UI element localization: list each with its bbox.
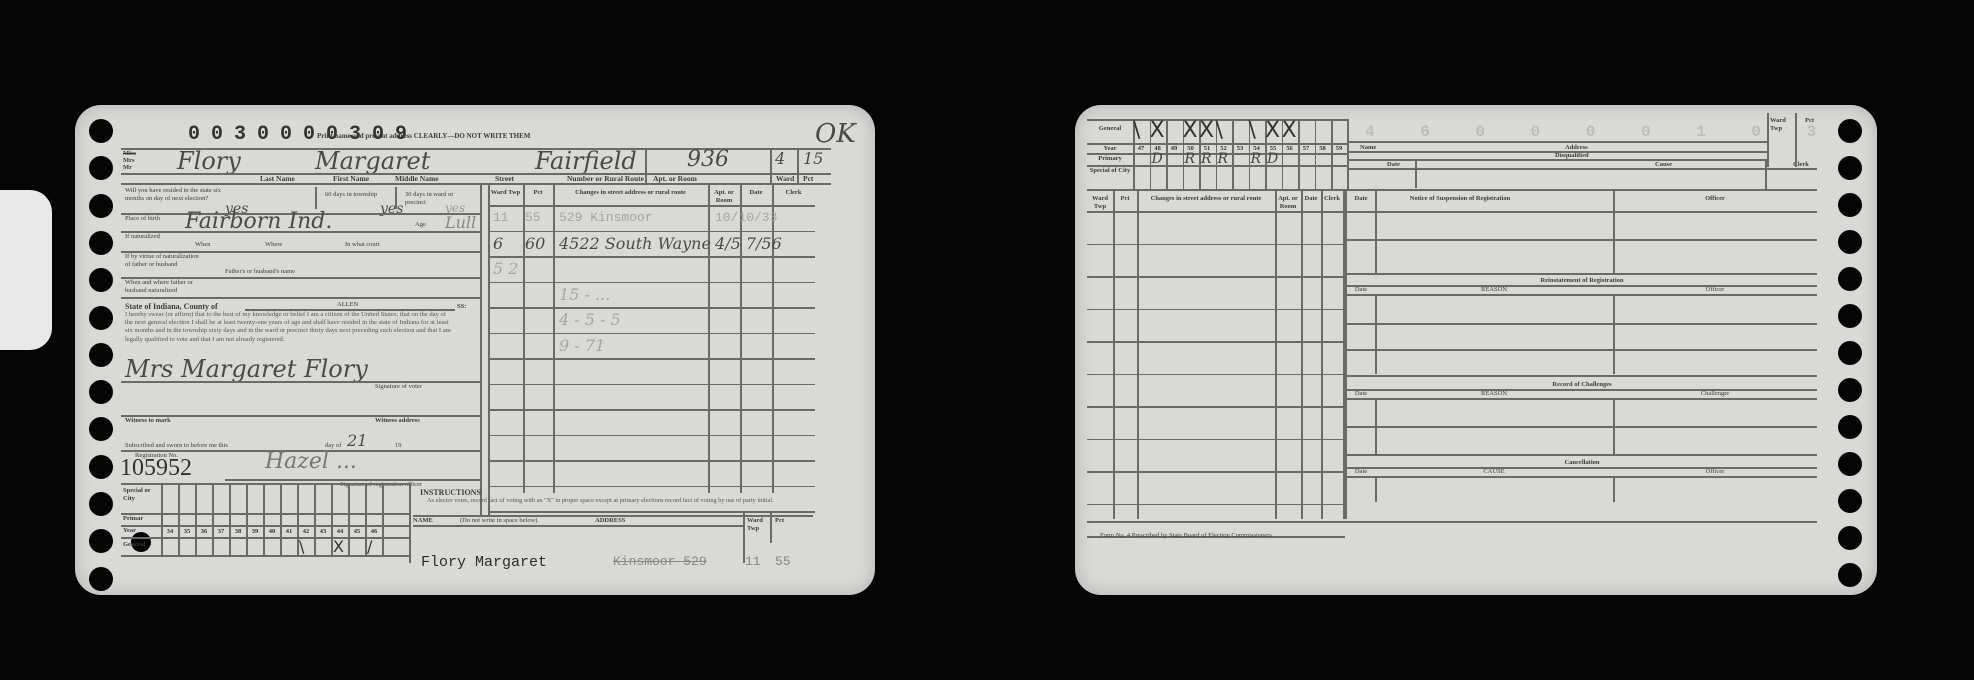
rule-line — [488, 384, 815, 386]
grid-year: 44 — [332, 528, 348, 535]
rule-line — [488, 409, 815, 411]
grid-year: 37 — [213, 528, 229, 535]
grid-year: 53 — [1232, 145, 1248, 152]
punch-hole — [89, 380, 113, 404]
grid-year: 35 — [179, 528, 195, 535]
rule-line — [708, 183, 710, 493]
township-label: 60 days in township — [325, 191, 385, 199]
vote-mark: \ — [1249, 121, 1256, 141]
rule-line — [553, 183, 555, 493]
last-name-value: Flory — [177, 147, 241, 175]
rule-line — [1767, 113, 1769, 167]
grid-row-label: Primary — [1089, 155, 1131, 163]
rule-line — [1613, 476, 1615, 502]
rule-line — [1347, 323, 1817, 325]
changes-header-5: Clerk — [1321, 195, 1343, 203]
vote-mark: X — [1265, 121, 1280, 141]
witness-label: Witness to mark — [125, 417, 171, 425]
rule-line — [488, 333, 815, 335]
serial-digit: 3 — [234, 123, 246, 146]
township-value: yes — [380, 201, 403, 217]
year-label: 19 — [395, 442, 402, 450]
rule-line — [1137, 189, 1139, 519]
grid-year: 58 — [1315, 145, 1331, 152]
change-address-value: 15 - ... — [559, 285, 610, 304]
rule-line — [1795, 113, 1797, 167]
change-address-value: 9 - 71 — [559, 336, 605, 355]
rule-line — [178, 483, 180, 555]
grid-year: 43 — [315, 528, 331, 535]
rule-line — [1347, 375, 1817, 377]
registration-no-value: 105952 — [120, 455, 192, 482]
punch-hole — [89, 306, 113, 330]
suspension-header-0: Date — [1347, 195, 1375, 203]
primary-mark: R — [1201, 151, 1212, 167]
rule-line — [488, 205, 815, 207]
punch-hole — [1838, 489, 1862, 513]
rule-line — [121, 173, 831, 175]
rule-line — [195, 483, 197, 555]
grid-year: 41 — [281, 528, 297, 535]
vote-mark: X — [1282, 121, 1297, 141]
grid-year: 49 — [1166, 145, 1182, 152]
primary-mark: D — [1267, 151, 1278, 167]
rule-line — [121, 297, 481, 299]
rule-line — [280, 483, 282, 555]
rule-line — [1087, 244, 1345, 246]
rule-line — [1087, 211, 1345, 213]
instr-address-label: ADDRESS — [595, 517, 625, 525]
rule-line — [1347, 151, 1767, 153]
changes-header-2: Changes in street address or rural route — [1137, 195, 1275, 203]
changes-header-5: Clerk — [772, 189, 815, 197]
primary-mark: R — [1185, 151, 1196, 167]
punch-hole — [1838, 267, 1862, 291]
punch-hole — [89, 417, 113, 441]
rule-line — [1087, 309, 1345, 311]
grid-row-label: General — [123, 541, 161, 549]
rule-line — [480, 185, 482, 515]
rule-line — [1087, 406, 1345, 408]
address-ward-value: 4 — [775, 149, 785, 168]
rule-line — [1347, 159, 1767, 161]
grid-year: 56 — [1282, 145, 1298, 152]
rule-line — [1347, 239, 1817, 241]
challenges-header-0: Date — [1347, 390, 1375, 398]
rule-line — [1347, 294, 1817, 296]
grid-year: 47 — [1133, 145, 1149, 152]
age-value: Lull — [445, 213, 476, 232]
rule-line — [1087, 374, 1345, 376]
reinstatement-header-0: Date — [1347, 286, 1375, 294]
rule-line — [1415, 160, 1417, 188]
primary-mark: R — [1251, 151, 1262, 167]
changes-header-2: Changes in street address or rural route — [553, 189, 708, 197]
reinstatement-header-1: REASON — [1375, 286, 1613, 294]
rule-line — [488, 307, 815, 309]
ok-mark: OK — [815, 119, 856, 149]
voter-signature: Mrs Margaret Flory — [125, 355, 368, 383]
challenges-header-2: Challenger — [1613, 390, 1817, 398]
rule-line — [1347, 119, 1349, 189]
rule-line — [395, 187, 397, 209]
rule-line — [1347, 141, 1767, 143]
rule-line — [1232, 119, 1234, 189]
rule-line — [1347, 273, 1817, 275]
form-footer: Form No. 4 Prescribed by State Board of … — [1100, 532, 1272, 540]
rule-line — [1375, 189, 1377, 275]
rule-line — [1087, 504, 1345, 506]
vote-mark: \ — [299, 537, 304, 557]
punch-hole — [1838, 378, 1862, 402]
rule-line — [1347, 454, 1817, 456]
primary-mark: D — [1152, 151, 1163, 167]
rule-line — [121, 555, 409, 557]
street-number-value: 936 — [687, 147, 729, 172]
rule-line — [121, 415, 481, 417]
challenges-title: Record of Challenges — [1347, 381, 1817, 389]
instr-pct-label: Pct — [775, 517, 784, 525]
rule-line — [1087, 471, 1345, 473]
rule-line — [488, 511, 815, 513]
punch-hole — [1838, 563, 1862, 587]
instr-ward-label: Ward Twp — [747, 517, 769, 532]
change-date-value: 10/10/33 — [715, 210, 777, 225]
punch-hole — [1838, 230, 1862, 254]
rule-line — [488, 486, 815, 488]
age-label: Age — [415, 221, 426, 229]
rule-line — [1347, 211, 1817, 213]
change-pct-value: 60 — [525, 234, 545, 253]
rule-line — [1087, 439, 1345, 441]
rule-line — [1347, 426, 1817, 428]
rule-line — [263, 483, 265, 555]
changes-header-3: Apt. or Room — [708, 189, 740, 204]
county-value: ALLEN — [337, 301, 358, 309]
rule-line — [797, 149, 799, 183]
challenges-header-1: REASON — [1375, 390, 1613, 398]
rule-line — [1347, 349, 1817, 351]
punch-hole — [89, 268, 113, 292]
grid-year: 59 — [1331, 145, 1347, 152]
vote-mark: \ — [1133, 121, 1140, 141]
rule-line — [212, 483, 214, 555]
naturalized-where-label: Where — [265, 241, 282, 249]
typed-address: Kinsmoor 529 — [613, 554, 707, 569]
rule-line — [1087, 276, 1345, 278]
rule-line — [1166, 119, 1168, 189]
grid-row-label: General — [1089, 125, 1131, 133]
rule-line — [488, 282, 815, 284]
instr-name-label: NAME — [413, 517, 433, 525]
rule-line — [409, 483, 411, 563]
rule-line — [229, 483, 231, 555]
rule-line — [488, 358, 815, 360]
officer-signature: Hazel ... — [265, 449, 357, 474]
vote-mark: X — [1183, 121, 1198, 141]
grid-year: 36 — [196, 528, 212, 535]
rule-line — [488, 185, 490, 515]
grid-row-label: Special of City — [1089, 167, 1131, 175]
vote-mark: X — [1150, 121, 1165, 141]
by-virtue-label: If by virtue of naturalization of father… — [125, 253, 200, 268]
ss-label: SS: — [457, 303, 466, 311]
rule-line — [1331, 119, 1333, 189]
punch-hole — [1838, 452, 1862, 476]
rule-line — [1113, 189, 1115, 519]
naturalized-label: If naturalized — [125, 233, 165, 241]
rule-line — [121, 183, 831, 185]
serial-digit: 0 — [303, 123, 315, 146]
faint-serial: 4 6 0 0 0 0 1 0 3 — [1365, 123, 1834, 141]
rule-line — [523, 183, 525, 493]
rule-line — [488, 256, 815, 258]
print-instruction: Print name and present address CLEARLY—D… — [317, 132, 530, 141]
punch-hole — [89, 156, 113, 180]
typed-pct: 55 — [775, 554, 791, 569]
rule-line — [770, 149, 772, 183]
instr-note-label: (Do not write in space below) — [460, 517, 537, 525]
grid-year: 46 — [366, 528, 382, 535]
rule-line — [1347, 476, 1817, 478]
cancellation-title: Cancellation — [1347, 459, 1817, 467]
change-ward-value: 11 — [493, 210, 509, 225]
change-address-value: 529 Kinsmoor — [559, 210, 653, 225]
punch-hole — [1838, 119, 1862, 143]
punch-hole — [1838, 341, 1862, 365]
reinstatement-title: Reinstatement of Registration — [1347, 277, 1817, 285]
cancellation-header-0: Date — [1347, 468, 1375, 476]
registration-card-back: GeneralYearPrimarySpecial of City47\48XD… — [1075, 105, 1877, 595]
punch-hole — [89, 492, 113, 516]
serial-digit: 0 — [188, 123, 200, 146]
street-value: Fairfield — [535, 147, 637, 175]
serial-digit: 0 — [211, 123, 223, 146]
rule-line — [740, 183, 742, 493]
witness-address-label: Witness address — [375, 417, 420, 425]
punch-hole — [89, 194, 113, 218]
rule-line — [382, 483, 384, 555]
punch-hole — [1838, 304, 1862, 328]
typed-name: Flory Margaret — [421, 554, 547, 571]
instructions-text: As elector votes, record fact of voting … — [427, 497, 807, 505]
suspension-header-1: Notice of Suspension of Registration — [1375, 195, 1545, 203]
rule-line — [1321, 189, 1323, 519]
father-husband-name-label: Father's or husband's name — [225, 268, 295, 276]
rule-line — [315, 187, 317, 209]
rule-line — [488, 435, 815, 437]
cancellation-header-2: Officer — [1613, 468, 1817, 476]
punch-hole — [89, 567, 113, 591]
changes-header-1: Pct — [523, 189, 553, 197]
punch-hole — [89, 119, 113, 143]
day-value: 21 — [347, 431, 367, 450]
punch-hole — [89, 231, 113, 255]
grid-year: 42 — [298, 528, 314, 535]
voter-signature-label: Signature of voter — [375, 383, 422, 391]
grid-year: 40 — [264, 528, 280, 535]
changes-header-0: Ward Twp — [1087, 195, 1113, 210]
pct-label: Pct — [1805, 117, 1814, 125]
changes-header-1: Pct — [1113, 195, 1137, 203]
rule-line — [1298, 119, 1300, 189]
primary-mark: R — [1218, 151, 1229, 167]
rule-line — [121, 381, 481, 383]
changes-header-0: Ward Twp — [488, 189, 523, 197]
change-pct-value: 55 — [525, 210, 541, 225]
rule-line — [772, 183, 774, 493]
change-ward-value: 6 — [493, 234, 503, 253]
rule-line — [1315, 119, 1317, 189]
punch-hole — [1838, 193, 1862, 217]
reinstatement-header-2: Officer — [1613, 286, 1817, 294]
change-ward-value: 5 2 — [493, 259, 518, 278]
rule-line — [1347, 168, 1817, 170]
rule-line — [348, 483, 350, 555]
oath-text: I hereby swear (or affirm) that to the b… — [125, 311, 455, 344]
rule-line — [1613, 189, 1615, 275]
change-date-value: 4/5 7/56 — [715, 234, 782, 253]
rule-line — [1613, 294, 1615, 374]
typed-ward: 11 — [745, 554, 761, 569]
rule-line — [246, 483, 248, 555]
rule-line — [1301, 189, 1303, 519]
rule-line — [488, 231, 815, 233]
rule-line — [413, 525, 743, 527]
change-address-value: 4522 South Wayne — [559, 234, 711, 253]
rule-line — [1375, 476, 1377, 502]
cancellation-header-1: CAUSE — [1375, 468, 1613, 476]
rule-line — [1347, 398, 1817, 400]
address-pct-value: 15 — [803, 149, 823, 168]
subscribed-label: Subscribed and sworn to before me this — [125, 442, 228, 450]
grid-row-label: Year — [123, 527, 161, 535]
punch-hole — [89, 343, 113, 367]
grid-year: 45 — [349, 528, 365, 535]
changes-header-4: Date — [740, 189, 772, 197]
grid-row-label: Year — [1089, 145, 1131, 153]
title-option: Mr — [123, 164, 132, 172]
rule-line — [314, 483, 316, 555]
punch-hole — [1838, 156, 1862, 180]
punch-hole — [89, 529, 113, 553]
place-of-birth-label: Place of birth — [125, 215, 165, 223]
registration-card-front: 0030000309Print name and present address… — [75, 105, 875, 595]
naturalized-when-label: When — [195, 241, 211, 249]
rule-line — [1087, 189, 1817, 191]
grid-year: 57 — [1298, 145, 1314, 152]
first-name-value: Margaret — [315, 147, 430, 175]
vote-mark: / — [367, 537, 372, 557]
changes-header-4: Date — [1301, 195, 1321, 203]
rule-line — [770, 513, 772, 543]
naturalized-court-label: In what court — [345, 241, 380, 249]
changes-header-3: Apt. or Room — [1275, 195, 1301, 210]
punch-hole — [1838, 415, 1862, 439]
suspension-header-2: Officer — [1613, 195, 1817, 203]
serial-digit: 0 — [257, 123, 269, 146]
grid-row-label: Special or City — [123, 487, 161, 502]
rule-line — [645, 149, 647, 183]
rule-line — [1087, 521, 1817, 523]
state-residency-question: Will you have resided in the state six m… — [125, 187, 235, 202]
rule-line — [1087, 341, 1345, 343]
vote-mark: X — [1199, 121, 1214, 141]
card-tab-edge — [0, 190, 52, 350]
grid-year: 38 — [230, 528, 246, 535]
rule-line — [161, 483, 163, 555]
grid-year: 39 — [247, 528, 263, 535]
punch-hole — [1838, 526, 1862, 550]
rule-line — [488, 460, 815, 462]
ward-twp-label: Ward Twp — [1770, 117, 1792, 132]
serial-digit: 0 — [280, 123, 292, 146]
grid-year: 34 — [162, 528, 178, 535]
rule-line — [1275, 189, 1277, 519]
punch-hole — [89, 455, 113, 479]
when-where-naturalized-label: When and where father or husband natural… — [125, 279, 205, 294]
vote-mark: X — [333, 537, 344, 557]
vote-mark: \ — [1216, 121, 1223, 141]
change-address-value: 4 - 5 - 5 — [559, 310, 621, 329]
rule-line — [1375, 294, 1377, 374]
grid-row-label: Primar — [123, 515, 161, 523]
rule-line — [121, 231, 481, 233]
